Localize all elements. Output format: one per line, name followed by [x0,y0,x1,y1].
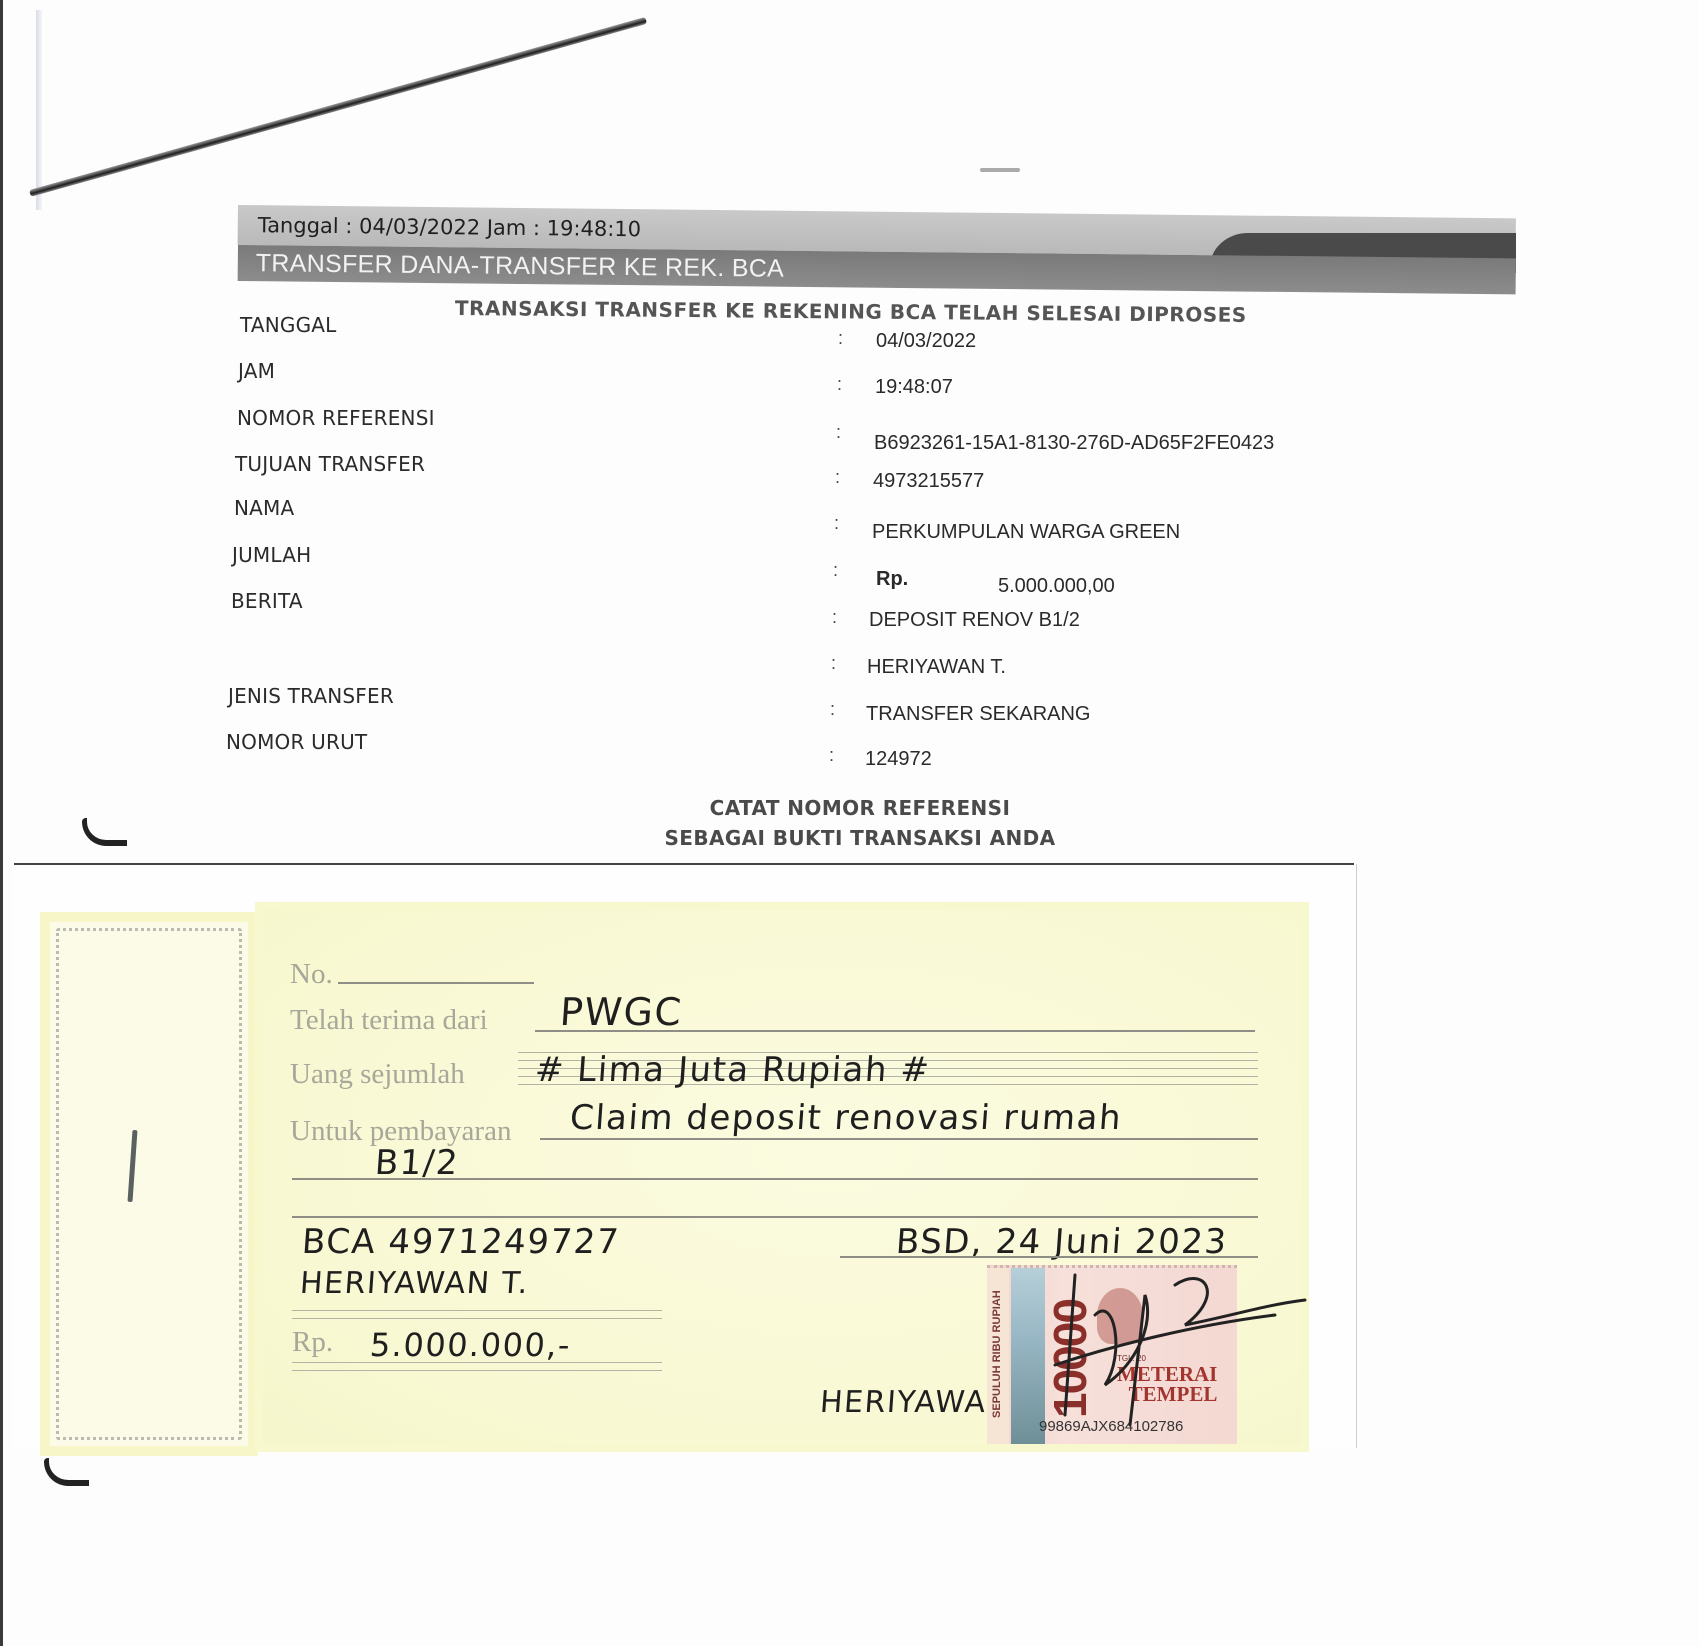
label-amount-words: Uang sejumlah [290,1058,465,1091]
footer-note-line2: SEBAGAI BUKTI TRANSAKSI ANDA [640,826,1080,850]
label-no: No. [290,958,333,991]
header-timestamp: Tanggal : 04/03/2022 Jam : 19:48:10 [258,213,642,241]
value-tujuan-transfer: 4973215577 [873,470,984,493]
label-rp: Rp. [292,1326,333,1359]
value-nama: PERKUMPULAN WARGA GREEN [872,521,1180,544]
separator: : [832,607,837,628]
line-purpose [540,1138,1258,1140]
label-tanggal: TANGGAL [240,313,337,337]
line-rp [292,1318,662,1319]
separator: : [835,467,840,488]
separator: : [831,653,836,674]
line-no [338,982,534,984]
handwritten-purpose-line2: B1/2 [374,1143,461,1183]
line-purpose-2 [292,1178,1258,1180]
separator: : [830,699,835,720]
value-jam: 19:48:07 [875,376,953,399]
page-divider [14,863,1354,865]
line-received-from [535,1030,1255,1032]
value-nomor-urut: 124972 [865,748,932,771]
value-currency: Rp. [876,568,908,591]
stub-border-decoration [56,928,242,1440]
value-tanggal: 04/03/2022 [876,330,976,353]
handwritten-received-from: PWGC [558,990,684,1034]
label-nomor-referensi: NOMOR REFERENSI [237,406,435,430]
handwritten-bank-account: BCA 4971249727 [301,1222,622,1262]
receipt-stub [40,912,258,1456]
paper-fold-line [29,17,647,197]
value-nomor-referensi: B6923261-15A1-8130-276D-AD65F2FE0423 [874,432,1274,455]
separator: : [829,745,834,766]
stamp-text-strip: SEPULUH RIBU RUPIAH [987,1268,1009,1444]
label-received-from: Telah terima dari [290,1004,488,1037]
label-jumlah: JUMLAH [232,543,311,567]
label-tujuan-transfer: TUJUAN TRANSFER [235,452,425,476]
value-berita: DEPOSIT RENOV B1/2 [869,609,1080,632]
value-jenis-transfer: TRANSFER SEKARANG [866,703,1090,726]
separator: : [833,560,838,581]
line-blank [292,1216,1258,1218]
line-rp [292,1370,662,1371]
handwritten-signer-name: HERIYAWAN [819,1385,1012,1420]
value-jumlah: 5.000.000,00 [998,575,1115,598]
separator: : [838,328,843,349]
label-nama: NAMA [234,496,294,520]
binder-clip-mark [44,1458,89,1486]
status-message: TRANSAKSI TRANSFER KE REKENING BCA TELAH… [455,296,1247,327]
label-jenis-transfer: JENIS TRANSFER [228,684,394,708]
footer-note-line1: CATAT NOMOR REFERENSI [640,796,1080,820]
separator: : [837,374,842,395]
label-jam: JAM [238,359,275,383]
line-rp [292,1362,662,1363]
handwritten-account-name: HERIYAWAN T. [299,1266,530,1301]
handwritten-amount: 5.000.000,- [369,1326,573,1364]
handwritten-purpose-line1: Claim deposit renovasi rumah [569,1098,1124,1138]
scan-edge [0,0,3,1646]
value-berita-line2: HERIYAWAN T. [867,656,1006,679]
binder-clip-mark [82,818,127,846]
label-nomor-urut: NOMOR URUT [226,730,367,754]
separator: : [836,422,841,443]
handwritten-amount-words: # Lima Juta Rupiah # [534,1050,932,1090]
receipt-title: TRANSFER DANA-TRANSFER KE REK. BCA [256,249,785,284]
scan-shadow [36,10,42,210]
signature [1035,1255,1315,1435]
label-berita: BERITA [231,589,303,613]
line-rp [292,1310,662,1311]
stamp-denomination-text: SEPULUH RIBU RUPIAH [991,1290,1003,1418]
separator: : [834,513,839,534]
scan-mark [980,168,1020,172]
